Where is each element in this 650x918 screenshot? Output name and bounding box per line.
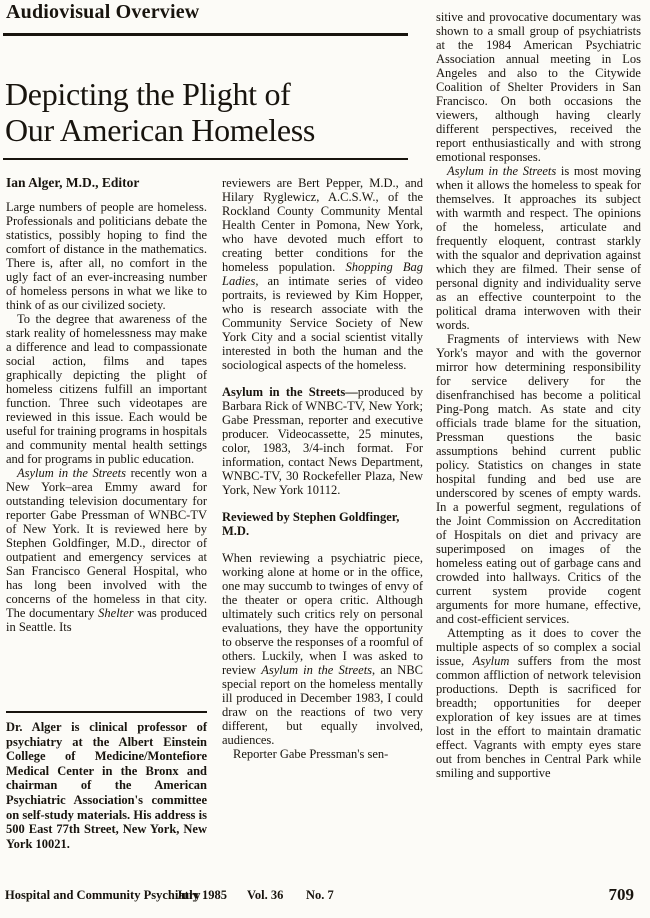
paragraph: Large numbers of people are homeless. Pr… — [6, 200, 207, 312]
title-rule — [3, 158, 408, 160]
paragraph: When reviewing a psychiatric piece, work… — [222, 551, 423, 747]
paragraph: reviewers are Bert Pepper, M.D., and Hil… — [222, 176, 423, 372]
paragraph: sitive and provocative documentary was s… — [436, 10, 641, 164]
article-title: Depicting the Plight of Our American Hom… — [5, 76, 315, 148]
paragraph: Fragments of interviews with New York's … — [436, 332, 641, 626]
footer-number: No. 7 — [306, 888, 334, 903]
column-left: Ian Alger, M.D., EditorLarge numbers of … — [6, 176, 207, 634]
paragraph: To the degree that awareness of the star… — [6, 312, 207, 466]
editor-heading: Ian Alger, M.D., Editor — [6, 176, 207, 190]
paragraph: Asylum in the Streets is most moving whe… — [436, 164, 641, 332]
section-header: Audiovisual Overview — [6, 1, 199, 24]
footer-journal-title: Hospital and Community Psychiatry — [5, 888, 201, 903]
footer-page-number: 709 — [609, 885, 635, 905]
column-middle: reviewers are Bert Pepper, M.D., and Hil… — [222, 176, 423, 761]
header-rule — [3, 33, 408, 36]
column-right: sitive and provocative documentary was s… — [436, 10, 641, 780]
paragraph: Asylum in the Streets recently won a New… — [6, 466, 207, 634]
footer-volume: Vol. 36 — [247, 888, 283, 903]
author-footnote: Dr. Alger is clinical professor of psych… — [6, 711, 207, 851]
footer-issue-date: July 1985 — [176, 888, 227, 903]
paragraph: Reporter Gabe Pressman's sen- — [222, 747, 423, 761]
journal-page: Audiovisual Overview Depicting the Pligh… — [0, 0, 650, 918]
page-footer: Hospital and Community Psychiatry July 1… — [0, 888, 650, 908]
article-title-line2: Our American Homeless — [5, 112, 315, 148]
article-title-line1: Depicting the Plight of — [5, 76, 315, 112]
review-heading: Reviewed by Stephen Goldfinger, M.D. — [222, 510, 423, 538]
paragraph: Attempting as it does to cover the multi… — [436, 626, 641, 780]
paragraph: Asylum in the Streets—produced by Barbar… — [222, 385, 423, 497]
